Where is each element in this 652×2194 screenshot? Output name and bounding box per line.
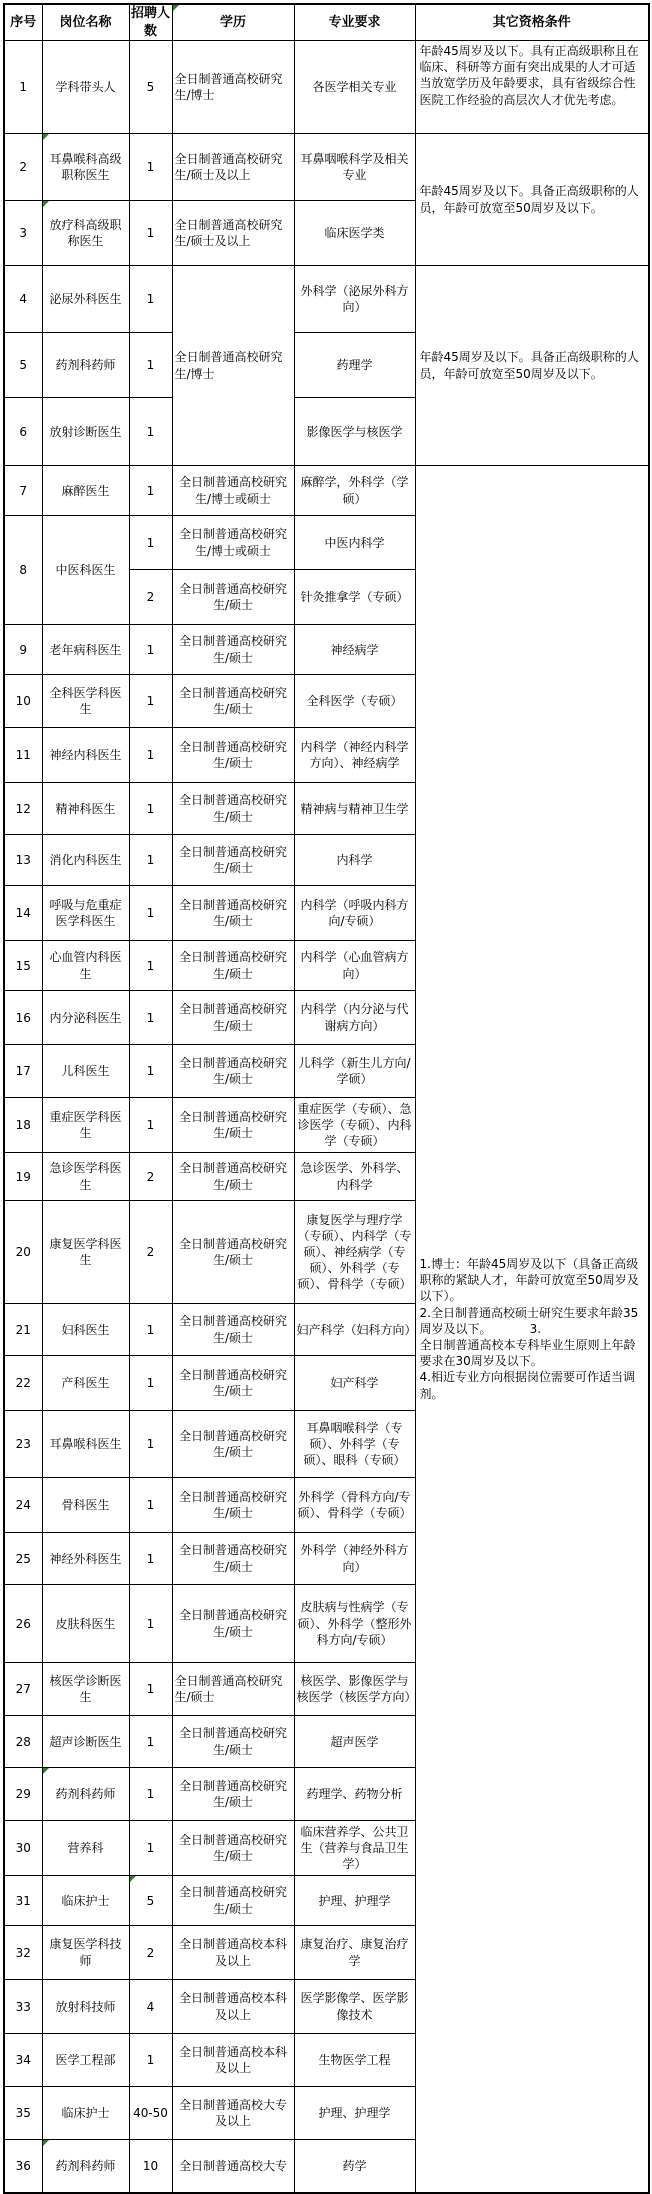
position-cell: 放射科技师 [42,1980,129,2034]
position-cell: 耳鼻喉科医生 [42,1411,129,1478]
position-cell: 营养科 [42,1821,129,1876]
education-cell: 全日制普通高校研究生/硕士 [172,1153,294,1201]
major-cell: 护理、护理学 [294,2087,415,2140]
position-cell: 学科带头人 [42,41,129,134]
count-cell: 1 [129,1304,172,1356]
header-qualification: 其它资格条件 [415,4,649,41]
seq-cell: 12 [4,783,42,835]
count-cell: 1 [129,516,172,570]
education-cell: 全日制普通高校研究生/硕士 [172,1045,294,1098]
major-cell: 康复治疗、康复治疗学 [294,1926,415,1980]
seq-cell: 20 [4,1201,42,1304]
major-cell: 临床医学类 [294,201,415,266]
position-cell: 医学工程部 [42,2034,129,2087]
header-education: 学历 [172,4,294,41]
position-cell: 放疗科高级职称医生 [42,201,129,266]
major-cell: 外科学（神经外科方向） [294,1533,415,1585]
education-cell: 全日制普通高校研究生/硕士 [172,835,294,886]
position-cell: 皮肤科医生 [42,1585,129,1663]
green-triangle-icon [173,5,179,11]
education-cell: 全日制普通高校研究生/博士或硕士 [172,516,294,570]
education-cell: 全日制普通高校研究生/硕士 [172,1201,294,1304]
education-cell: 全日制普通高校大专及以上 [172,2087,294,2140]
count-cell: 1 [129,1533,172,1585]
education-cell: 全日制普通高校研究生/硕士 [172,1304,294,1356]
count-cell: 4 [129,1980,172,2034]
major-cell: 生物医学工程 [294,2034,415,2087]
green-triangle-icon [43,201,49,207]
education-cell: 全日制普通高校研究生/硕士及以上 [172,201,294,266]
education-cell: 全日制普通高校研究生/硕士 [172,1768,294,1821]
seq-cell: 21 [4,1304,42,1356]
education-cell: 全日制普通高校研究生/硕士 [172,1098,294,1153]
count-cell: 40-50 [129,2087,172,2140]
count-cell: 1 [129,1045,172,1098]
position-cell: 妇科医生 [42,1304,129,1356]
position-cell: 产科医生 [42,1356,129,1411]
education-cell: 全日制普通高校研究生/硕士 [172,675,294,728]
major-cell: 外科学（骨科方向/专硕）、骨科学（专硕） [294,1478,415,1533]
header-row: 序号 岗位名称 招聘人数 学历 专业要求 其它资格条件 [4,4,649,41]
seq-cell: 6 [4,398,42,466]
green-triangle-icon [43,1768,49,1774]
education-cell: 全日制普通高校研究生/硕士及以上 [172,134,294,201]
seq-cell: 32 [4,1926,42,1980]
education-cell: 全日制普通高校研究生/硕士 [172,1821,294,1876]
table-row: 2 耳鼻喉科高级职称医生 1 全日制普通高校研究生/硕士及以上 耳鼻咽喉科学及相… [4,134,649,201]
seq-cell: 4 [4,266,42,333]
green-triangle-icon [43,2140,49,2146]
position-cell: 内分泌科医生 [42,991,129,1045]
major-cell: 内科学 [294,835,415,886]
education-cell: 全日制普通高校研究生/硕士 [172,886,294,941]
count-cell: 1 [129,1098,172,1153]
major-cell: 外科学（泌尿外科方向） [294,266,415,333]
seq-cell: 36 [4,2140,42,2193]
count-cell: 1 [129,675,172,728]
major-cell: 药理学、药物分析 [294,1768,415,1821]
position-cell: 骨科医生 [42,1478,129,1533]
education-cell: 全日制普通高校研究生/硕士 [172,783,294,835]
qualification-cell: 1.博士：年龄45周岁及以下（具备正高级职称的紧缺人才，年龄可放宽至50周岁及以… [415,466,649,2193]
count-cell: 5 [129,41,172,134]
education-cell: 全日制普通高校研究生/硕士 [172,991,294,1045]
education-cell: 全日制普通高校研究生/博士或硕士 [172,466,294,516]
education-cell: 全日制普通高校研究生/硕士 [172,1716,294,1768]
position-cell: 麻醉医生 [42,466,129,516]
major-cell: 影像医学与核医学 [294,398,415,466]
education-cell: 全日制普通高校本科及以上 [172,1926,294,1980]
education-cell: 全日制普通高校研究生/博士 [172,266,294,466]
count-cell: 1 [129,886,172,941]
position-cell: 超声诊断医生 [42,1716,129,1768]
table-row: 7 麻醉医生 1 全日制普通高校研究生/博士或硕士 麻醉学，外科学（学硕） 1.… [4,466,649,516]
major-cell: 麻醉学，外科学（学硕） [294,466,415,516]
count-cell: 1 [129,134,172,201]
position-cell: 放射诊断医生 [42,398,129,466]
count-cell: 10 [129,2140,172,2193]
qualification-cell: 年龄45周岁及以下。具备正高级职称的人员，年龄可放宽至50周岁及以下。 [415,134,649,266]
major-cell: 神经病学 [294,625,415,675]
seq-cell: 11 [4,728,42,783]
major-cell: 针灸推拿学（专硕） [294,570,415,625]
position-cell: 呼吸与危重症医学科医生 [42,886,129,941]
position-cell: 全科医学科医生 [42,675,129,728]
green-triangle-icon [130,1876,136,1882]
major-cell: 康复医学与理疗学（专硕）、内科学（专硕）、神经病学（专硕）、外科学（专硕）、骨科… [294,1201,415,1304]
position-cell: 临床护士 [42,1876,129,1926]
major-cell: 耳鼻咽喉科学及相关专业 [294,134,415,201]
count-cell: 1 [129,625,172,675]
count-cell: 1 [129,333,172,398]
count-cell: 1 [129,1716,172,1768]
count-cell: 2 [129,1153,172,1201]
seq-cell: 9 [4,625,42,675]
count-cell: 2 [129,570,172,625]
seq-cell: 33 [4,1980,42,2034]
major-cell: 药理学 [294,333,415,398]
position-cell: 药剂科药师 [42,2140,129,2193]
position-cell: 耳鼻喉科高级职称医生 [42,134,129,201]
seq-cell: 27 [4,1663,42,1716]
position-cell: 康复医学科技师 [42,1926,129,1980]
seq-cell: 3 [4,201,42,266]
seq-cell: 22 [4,1356,42,1411]
major-cell: 精神病与精神卫生学 [294,783,415,835]
position-cell: 中医科医生 [42,516,129,625]
seq-cell: 13 [4,835,42,886]
education-cell: 全日制普通高校研究生/硕士 [172,941,294,991]
major-cell: 皮肤病与性病学（专硕）、外科学（整形外科方向/专硕） [294,1585,415,1663]
header-seq: 序号 [4,4,42,41]
count-cell: 5 [129,1876,172,1926]
major-cell: 耳鼻咽喉科学（专硕）、外科学（专硕）、眼科（专硕） [294,1411,415,1478]
major-cell: 妇产科学 [294,1356,415,1411]
education-cell: 全日制普通高校研究生/硕士 [172,1356,294,1411]
count-cell: 1 [129,1585,172,1663]
position-cell: 精神科医生 [42,783,129,835]
count-cell: 1 [129,398,172,466]
position-cell: 老年病科医生 [42,625,129,675]
position-cell: 康复医学科医生 [42,1201,129,1304]
position-cell: 消化内科医生 [42,835,129,886]
header-count: 招聘人数 [129,4,172,41]
major-cell: 内科学（心血管病方向） [294,941,415,991]
major-cell: 药学 [294,2140,415,2193]
education-cell: 全日制普通高校研究生/硕士 [172,1585,294,1663]
position-cell: 儿科医生 [42,1045,129,1098]
education-cell: 全日制普通高校研究生/硕士 [172,570,294,625]
count-cell: 1 [129,783,172,835]
seq-cell: 15 [4,941,42,991]
seq-cell: 24 [4,1478,42,1533]
education-cell: 全日制普通高校研究生/硕士 [172,728,294,783]
seq-cell: 10 [4,675,42,728]
seq-cell: 19 [4,1153,42,1201]
count-cell: 1 [129,728,172,783]
qualification-cell: 年龄45周岁及以下。具备正高级职称的人员，年龄可放宽至50周岁及以下。 [415,266,649,466]
seq-cell: 34 [4,2034,42,2087]
major-cell: 急诊医学、外科学、内科学 [294,1153,415,1201]
education-cell: 全日制普通高校本科及以上 [172,2034,294,2087]
header-major: 专业要求 [294,4,415,41]
count-cell: 1 [129,991,172,1045]
education-cell: 全日制普通高校研究生/硕士 [172,1411,294,1478]
position-cell: 重症医学科医生 [42,1098,129,1153]
major-cell: 内科学（内分泌与代谢病方向） [294,991,415,1045]
count-cell: 1 [129,2034,172,2087]
position-cell: 核医学诊断医生 [42,1663,129,1716]
count-cell: 1 [129,466,172,516]
seq-cell: 31 [4,1876,42,1926]
qualification-cell: 年龄45周岁及以下。具有正高级职称且在临床、科研等方面有突出成果的人才可适当放宽… [415,41,649,134]
major-cell: 护理、护理学 [294,1876,415,1926]
major-cell: 临床营养学、公共卫生（营养与食品卫生学） [294,1821,415,1876]
seq-cell: 25 [4,1533,42,1585]
major-cell: 各医学相关专业 [294,41,415,134]
education-cell: 全日制普通高校研究生/硕士 [172,625,294,675]
count-cell: 2 [129,1926,172,1980]
position-cell: 临床护士 [42,2087,129,2140]
seq-cell: 2 [4,134,42,201]
education-cell: 全日制普通高校研究生/硕士 [172,1533,294,1585]
count-cell: 1 [129,1478,172,1533]
seq-cell: 5 [4,333,42,398]
position-cell: 药剂科药师 [42,333,129,398]
table-row: 1 学科带头人 5 全日制普通高校研究生/博士 各医学相关专业 年龄45周岁及以… [4,41,649,134]
seq-cell: 1 [4,41,42,134]
count-cell: 1 [129,266,172,333]
major-cell: 中医内科学 [294,516,415,570]
seq-cell: 28 [4,1716,42,1768]
seq-cell: 17 [4,1045,42,1098]
count-cell: 1 [129,835,172,886]
table-row: 4 泌尿外科医生 1 全日制普通高校研究生/博士 外科学（泌尿外科方向） 年龄4… [4,266,649,333]
major-cell: 核医学、影像医学与核医学（核医学方向） [294,1663,415,1716]
seq-cell: 35 [4,2087,42,2140]
count-cell: 1 [129,1821,172,1876]
position-cell: 泌尿外科医生 [42,266,129,333]
seq-cell: 29 [4,1768,42,1821]
position-cell: 药剂科药师 [42,1768,129,1821]
education-cell: 全日制普通高校大专 [172,2140,294,2193]
count-cell: 1 [129,1356,172,1411]
seq-cell: 23 [4,1411,42,1478]
major-cell: 儿科学（新生儿方向/学硕） [294,1045,415,1098]
count-cell: 1 [129,1663,172,1716]
education-cell: 全日制普通高校本科及以上 [172,1980,294,2034]
major-cell: 重症医学（专硕）、急诊医学（专硕）、内科学（专硕） [294,1098,415,1153]
count-cell: 2 [129,1201,172,1304]
seq-cell: 26 [4,1585,42,1663]
major-cell: 全科医学（专硕） [294,675,415,728]
major-cell: 医学影像学、医学影像技术 [294,1980,415,2034]
major-cell: 内科学（神经内科学方向）、神经病学 [294,728,415,783]
recruitment-table: 序号 岗位名称 招聘人数 学历 专业要求 其它资格条件 1 学科带头人 5 全日… [3,3,650,2194]
position-cell: 急诊医学科医生 [42,1153,129,1201]
position-cell: 神经外科医生 [42,1533,129,1585]
seq-cell: 30 [4,1821,42,1876]
position-cell: 神经内科医生 [42,728,129,783]
position-cell: 心血管内科医生 [42,941,129,991]
major-cell: 妇产科学（妇科方向） [294,1304,415,1356]
major-cell: 内科学（呼吸内科方向/专硕） [294,886,415,941]
seq-cell: 7 [4,466,42,516]
education-cell: 全日制普通高校研究生/硕士 [172,1478,294,1533]
education-cell: 全日制普通高校研究生/硕士 [172,1876,294,1926]
seq-cell: 16 [4,991,42,1045]
green-triangle-icon [43,134,49,140]
major-cell: 超声医学 [294,1716,415,1768]
header-position: 岗位名称 [42,4,129,41]
seq-cell: 14 [4,886,42,941]
count-cell: 1 [129,201,172,266]
seq-cell: 8 [4,516,42,625]
count-cell: 1 [129,1768,172,1821]
count-cell: 1 [129,1411,172,1478]
education-cell: 全日制普通高校研究生/硕士 [172,1663,294,1716]
seq-cell: 18 [4,1098,42,1153]
count-cell: 1 [129,941,172,991]
education-cell: 全日制普通高校研究生/博士 [172,41,294,134]
